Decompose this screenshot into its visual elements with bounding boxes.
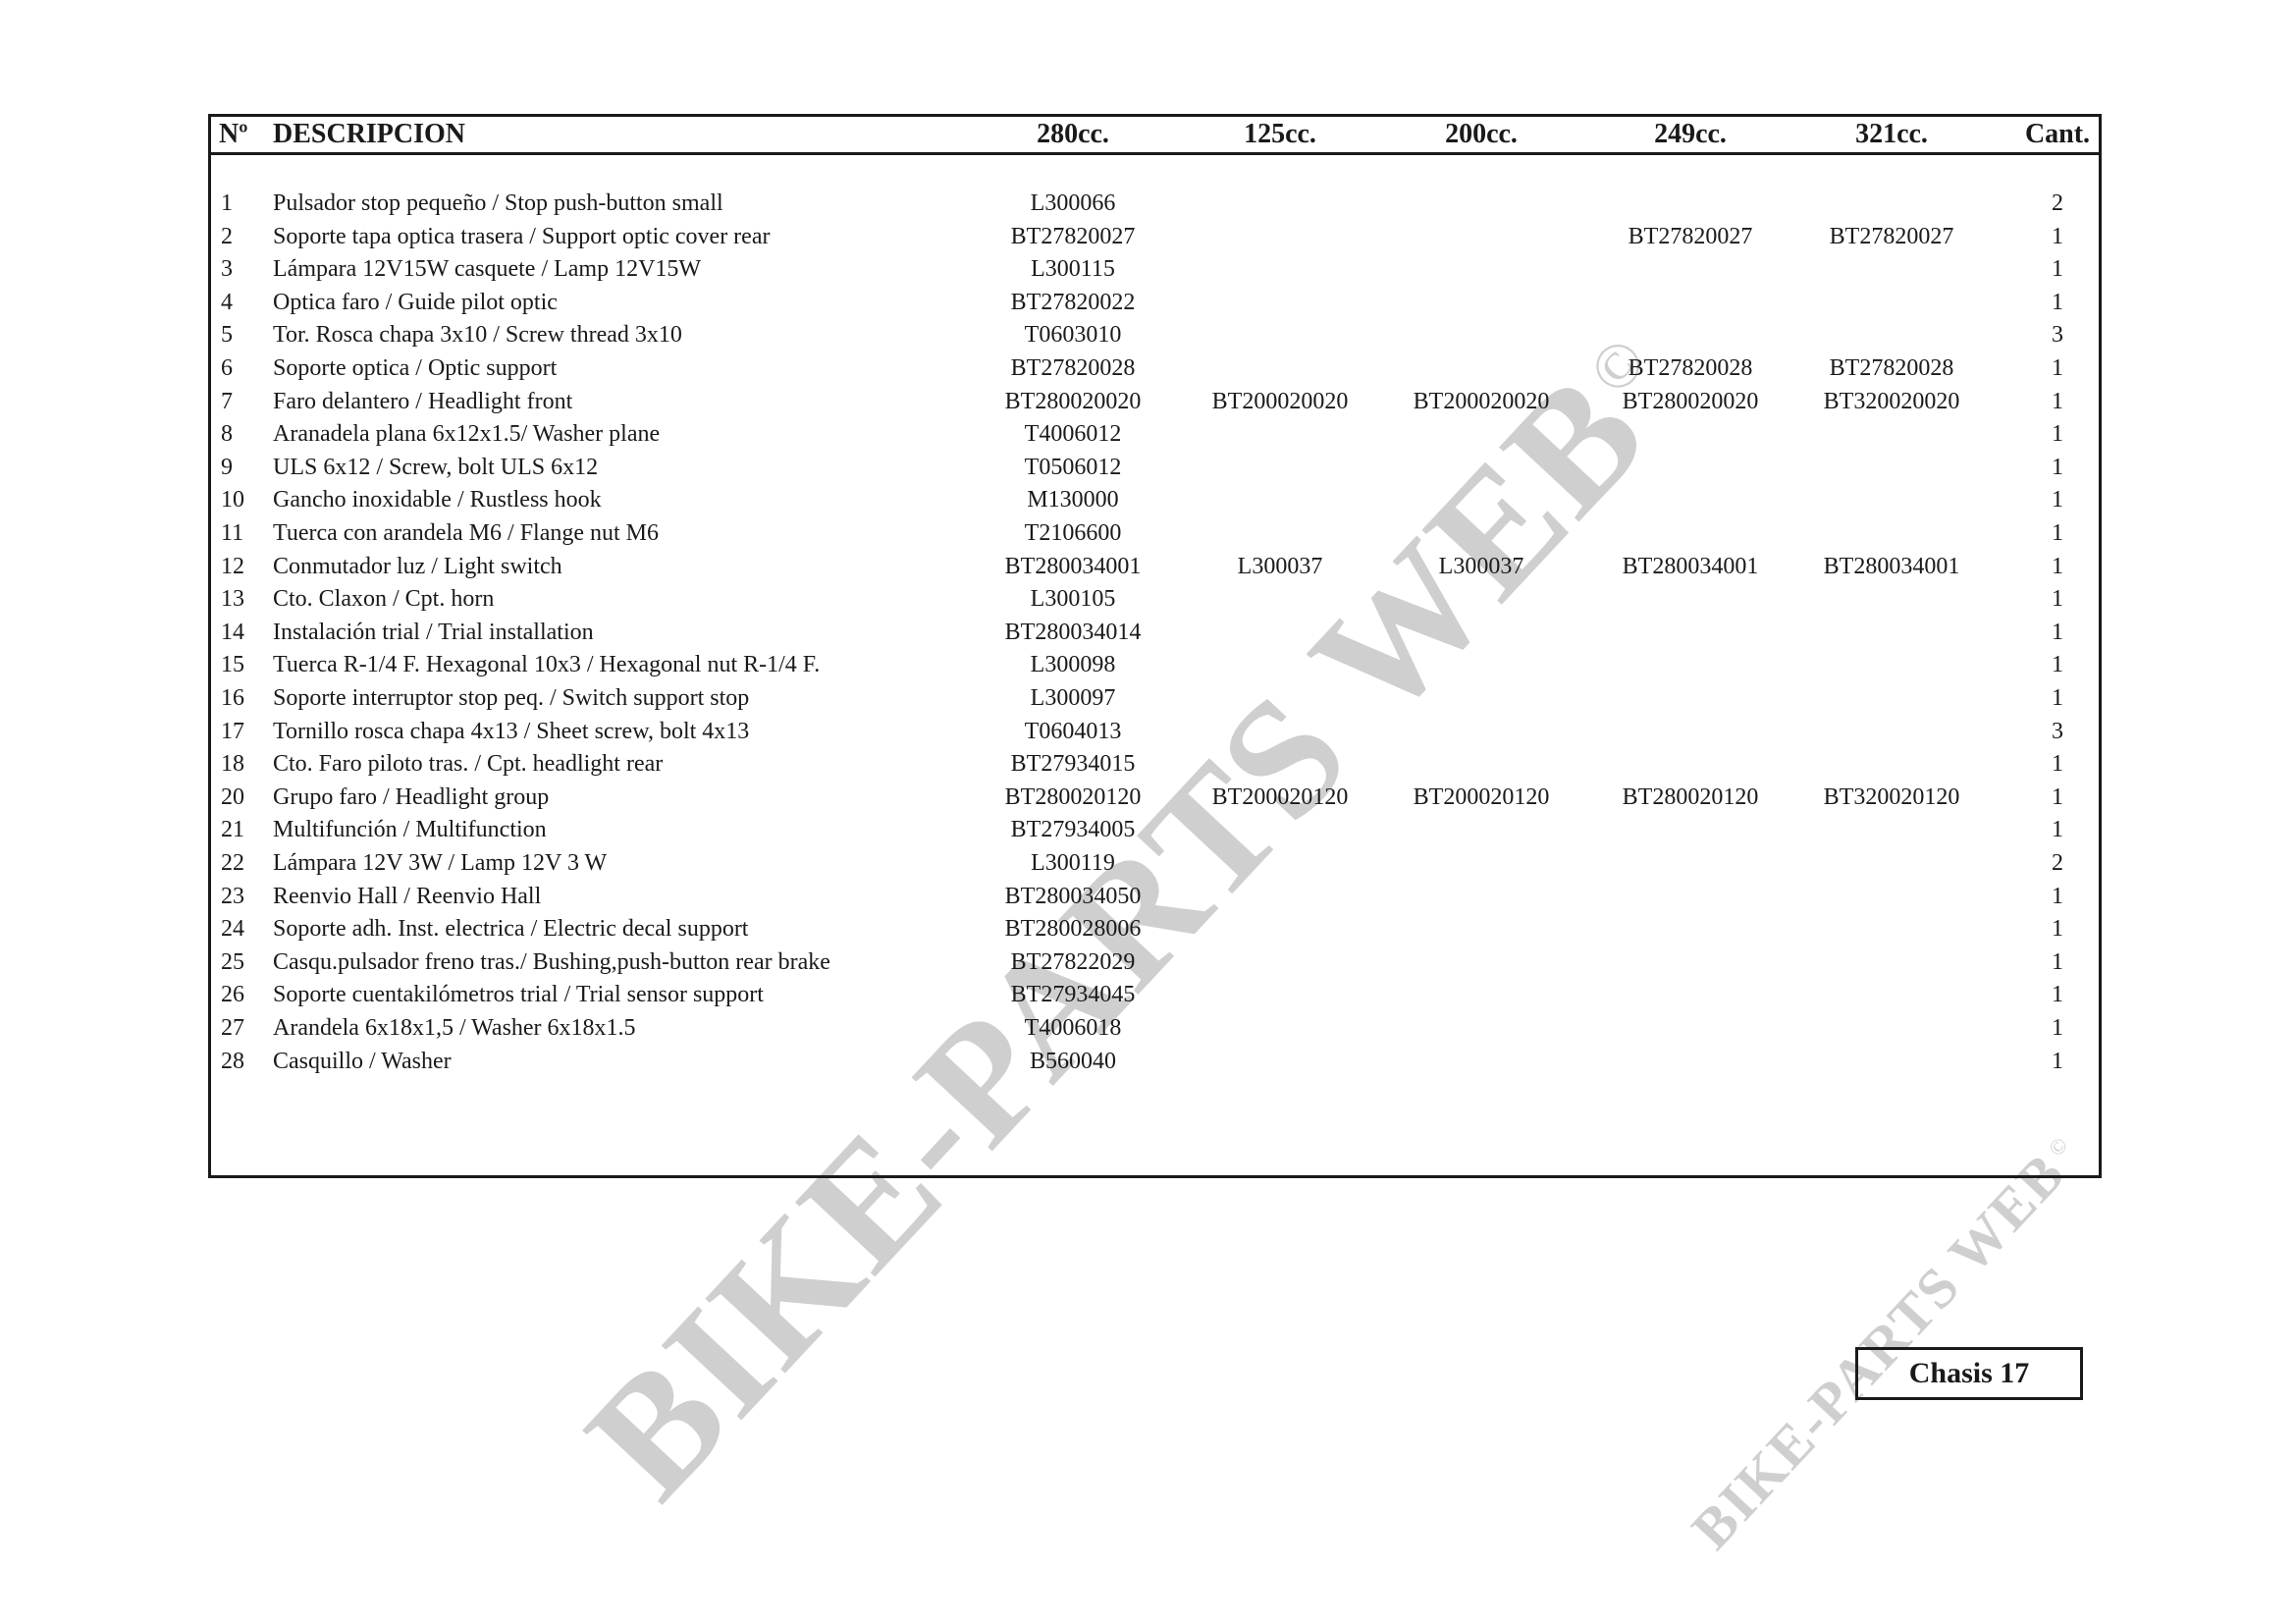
cell-cc280: BT27934005	[1011, 814, 1136, 847]
table-row: 5Tor. Rosca chapa 3x10 / Screw thread 3x…	[211, 319, 2099, 352]
cell-desc: Cto. Claxon / Cpt. horn	[273, 583, 494, 617]
cell-cc249: BT27820027	[1629, 221, 1753, 254]
cell-qty: 1	[2052, 517, 2063, 551]
table-row: 26Soporte cuentakilómetros trial / Trial…	[211, 979, 2099, 1012]
cell-desc: Cto. Faro piloto tras. / Cpt. headlight …	[273, 748, 663, 782]
cell-cc280: T0506012	[1025, 452, 1122, 485]
cell-cc280: BT280028006	[1005, 913, 1142, 946]
cell-num: 15	[221, 649, 260, 682]
cell-qty: 1	[2052, 418, 2063, 452]
cell-num: 21	[221, 814, 260, 847]
table-row: 1Pulsador stop pequeño / Stop push-butto…	[211, 188, 2099, 221]
cell-desc: Tuerca con arandela M6 / Flange nut M6	[273, 517, 659, 551]
table-row: 24Soporte adh. Inst. electrica / Electri…	[211, 913, 2099, 946]
cell-qty: 1	[2052, 484, 2063, 517]
cell-num: 9	[221, 452, 260, 485]
cell-cc125: BT200020020	[1212, 386, 1349, 419]
cell-num: 23	[221, 881, 260, 914]
cell-cc280: T2106600	[1025, 517, 1122, 551]
cell-qty: 1	[2052, 287, 2063, 320]
cell-desc: Soporte optica / Optic support	[273, 352, 557, 386]
cell-desc: ULS 6x12 / Screw, bolt ULS 6x12	[273, 452, 598, 485]
cell-desc: Tuerca R-1/4 F. Hexagonal 10x3 / Hexagon…	[273, 649, 820, 682]
cell-cc280: BT27820027	[1011, 221, 1136, 254]
header-249cc: 249cc.	[1654, 117, 1727, 152]
cell-cc249: BT280034001	[1623, 551, 1759, 584]
cell-num: 1	[221, 188, 260, 221]
cell-desc: Lámpara 12V15W casquete / Lamp 12V15W	[273, 253, 701, 287]
cell-qty: 1	[2052, 782, 2063, 815]
cell-desc: Soporte tapa optica trasera / Support op…	[273, 221, 770, 254]
table-row: 27Arandela 6x18x1,5 / Washer 6x18x1.5T40…	[211, 1012, 2099, 1046]
cell-qty: 1	[2052, 1046, 2063, 1079]
cell-cc280: L300097	[1031, 682, 1116, 716]
cell-qty: 1	[2052, 452, 2063, 485]
cell-cc249: BT27820028	[1629, 352, 1753, 386]
table-row: 6Soporte optica / Optic supportBT2782002…	[211, 352, 2099, 386]
cell-qty: 3	[2052, 716, 2063, 749]
watermark-secondary: BIKE-PARTS WEB©	[1679, 1122, 2095, 1562]
table-row: 22Lámpara 12V 3W / Lamp 12V 3 WL3001192	[211, 847, 2099, 881]
table-row: 13Cto. Claxon / Cpt. hornL3001051	[211, 583, 2099, 617]
cell-qty: 1	[2052, 583, 2063, 617]
cell-desc: Conmutador luz / Light switch	[273, 551, 562, 584]
cell-desc: Soporte cuentakilómetros trial / Trial s…	[273, 979, 764, 1012]
cell-cc321: BT320020020	[1824, 386, 1960, 419]
cell-cc280: L300115	[1031, 253, 1115, 287]
cell-cc125: L300037	[1238, 551, 1323, 584]
cell-num: 26	[221, 979, 260, 1012]
header-description: DESCRIPCION	[273, 117, 465, 152]
cell-cc321: BT27820027	[1830, 221, 1954, 254]
cell-desc: Faro delantero / Headlight front	[273, 386, 572, 419]
cell-desc: Gancho inoxidable / Rustless hook	[273, 484, 602, 517]
cell-num: 17	[221, 716, 260, 749]
cell-desc: Reenvio Hall / Reenvio Hall	[273, 881, 541, 914]
cell-cc280: BT280020020	[1005, 386, 1142, 419]
cell-qty: 1	[2052, 617, 2063, 650]
cell-cc280: BT27934015	[1011, 748, 1136, 782]
header-num: Nº	[219, 117, 247, 152]
cell-cc280: L300066	[1031, 188, 1116, 221]
cell-cc280: T4006012	[1025, 418, 1122, 452]
cell-cc280: BT27934045	[1011, 979, 1136, 1012]
header-qty: Cant.	[2025, 117, 2090, 152]
cell-cc249: BT280020120	[1623, 782, 1759, 815]
table-row: 28Casquillo / WasherB5600401	[211, 1046, 2099, 1079]
cell-num: 11	[221, 517, 260, 551]
cell-cc321: BT280034001	[1824, 551, 1960, 584]
cell-desc: Optica faro / Guide pilot optic	[273, 287, 558, 320]
table-row: 11Tuerca con arandela M6 / Flange nut M6…	[211, 517, 2099, 551]
cell-num: 27	[221, 1012, 260, 1046]
cell-desc: Tornillo rosca chapa 4x13 / Sheet screw,…	[273, 716, 749, 749]
cell-qty: 3	[2052, 319, 2063, 352]
table-row: 4Optica faro / Guide pilot opticBT278200…	[211, 287, 2099, 320]
cell-num: 2	[221, 221, 260, 254]
cell-qty: 1	[2052, 881, 2063, 914]
cell-num: 4	[221, 287, 260, 320]
cell-qty: 2	[2052, 847, 2063, 881]
cell-desc: Casquillo / Washer	[273, 1046, 452, 1079]
cell-cc125: BT200020120	[1212, 782, 1349, 815]
parts-table: Nº DESCRIPCION 280cc. 125cc. 200cc. 249c…	[208, 114, 2102, 1178]
table-row: 15Tuerca R-1/4 F. Hexagonal 10x3 / Hexag…	[211, 649, 2099, 682]
cell-cc280: T0603010	[1025, 319, 1122, 352]
cell-cc280: L300105	[1031, 583, 1116, 617]
table-row: 2Soporte tapa optica trasera / Support o…	[211, 221, 2099, 254]
cell-cc200: BT200020120	[1414, 782, 1550, 815]
cell-cc321: BT27820028	[1830, 352, 1954, 386]
cell-num: 14	[221, 617, 260, 650]
cell-qty: 1	[2052, 913, 2063, 946]
cell-desc: Instalación trial / Trial installation	[273, 617, 594, 650]
cell-cc280: BT27822029	[1011, 946, 1136, 980]
cell-cc280: L300098	[1031, 649, 1116, 682]
cell-num: 6	[221, 352, 260, 386]
cell-desc: Soporte interruptor stop peq. / Switch s…	[273, 682, 749, 716]
header-321cc: 321cc.	[1855, 117, 1928, 152]
table-row: 25Casqu.pulsador freno tras./ Bushing,pu…	[211, 946, 2099, 980]
cell-num: 7	[221, 386, 260, 419]
cell-qty: 1	[2052, 814, 2063, 847]
table-row: 8Aranadela plana 6x12x1.5/ Washer planeT…	[211, 418, 2099, 452]
cell-cc200: L300037	[1439, 551, 1524, 584]
cell-desc: Grupo faro / Headlight group	[273, 782, 549, 815]
cell-qty: 1	[2052, 748, 2063, 782]
cell-desc: Casqu.pulsador freno tras./ Bushing,push…	[273, 946, 830, 980]
table-row: 12Conmutador luz / Light switchBT2800340…	[211, 551, 2099, 584]
cell-cc280: M130000	[1027, 484, 1118, 517]
cell-num: 10	[221, 484, 260, 517]
header-125cc: 125cc.	[1244, 117, 1316, 152]
cell-qty: 1	[2052, 551, 2063, 584]
cell-cc280: BT27820022	[1011, 287, 1136, 320]
cell-qty: 1	[2052, 946, 2063, 980]
header-280cc: 280cc.	[1037, 117, 1109, 152]
cell-cc249: BT280020020	[1623, 386, 1759, 419]
table-row: 17Tornillo rosca chapa 4x13 / Sheet scre…	[211, 716, 2099, 749]
cell-num: 25	[221, 946, 260, 980]
table-row: 3Lámpara 12V15W casquete / Lamp 12V15WL3…	[211, 253, 2099, 287]
cell-qty: 2	[2052, 188, 2063, 221]
cell-qty: 1	[2052, 253, 2063, 287]
cell-desc: Multifunción / Multifunction	[273, 814, 547, 847]
cell-num: 3	[221, 253, 260, 287]
table-row: 7Faro delantero / Headlight frontBT28002…	[211, 386, 2099, 419]
cell-desc: Pulsador stop pequeño / Stop push-button…	[273, 188, 723, 221]
cell-num: 5	[221, 319, 260, 352]
table-row: 18Cto. Faro piloto tras. / Cpt. headligh…	[211, 748, 2099, 782]
cell-desc: Lámpara 12V 3W / Lamp 12V 3 W	[273, 847, 607, 881]
cell-cc280: BT280020120	[1005, 782, 1142, 815]
cell-cc280: B560040	[1030, 1046, 1116, 1079]
table-row: 20Grupo faro / Headlight groupBT28002012…	[211, 782, 2099, 815]
cell-desc: Aranadela plana 6x12x1.5/ Washer plane	[273, 418, 660, 452]
cell-qty: 1	[2052, 221, 2063, 254]
cell-num: 22	[221, 847, 260, 881]
table-row: 23Reenvio Hall / Reenvio HallBT280034050…	[211, 881, 2099, 914]
cell-num: 18	[221, 748, 260, 782]
cell-num: 12	[221, 551, 260, 584]
table-row: 21Multifunción / MultifunctionBT27934005…	[211, 814, 2099, 847]
page-label: Chasis 17	[1855, 1347, 2083, 1400]
cell-cc280: BT280034050	[1005, 881, 1142, 914]
cell-qty: 1	[2052, 682, 2063, 716]
cell-cc280: BT27820028	[1011, 352, 1136, 386]
table-row: 10Gancho inoxidable / Rustless hookM1300…	[211, 484, 2099, 517]
cell-qty: 1	[2052, 1012, 2063, 1046]
cell-qty: 1	[2052, 979, 2063, 1012]
header-200cc: 200cc.	[1445, 117, 1518, 152]
table-row: 16Soporte interruptor stop peq. / Switch…	[211, 682, 2099, 716]
cell-num: 13	[221, 583, 260, 617]
cell-cc321: BT320020120	[1824, 782, 1960, 815]
cell-num: 16	[221, 682, 260, 716]
cell-cc280: T0604013	[1025, 716, 1122, 749]
table-row: 14Instalación trial / Trial installation…	[211, 617, 2099, 650]
cell-desc: Tor. Rosca chapa 3x10 / Screw thread 3x1…	[273, 319, 682, 352]
cell-qty: 1	[2052, 386, 2063, 419]
cell-num: 8	[221, 418, 260, 452]
cell-cc280: L300119	[1031, 847, 1115, 881]
cell-num: 20	[221, 782, 260, 815]
cell-desc: Arandela 6x18x1,5 / Washer 6x18x1.5	[273, 1012, 636, 1046]
cell-cc280: BT280034001	[1005, 551, 1142, 584]
cell-qty: 1	[2052, 649, 2063, 682]
table-header: Nº DESCRIPCION 280cc. 125cc. 200cc. 249c…	[211, 117, 2099, 155]
cell-cc200: BT200020020	[1414, 386, 1550, 419]
cell-qty: 1	[2052, 352, 2063, 386]
cell-desc: Soporte adh. Inst. electrica / Electric …	[273, 913, 748, 946]
cell-num: 28	[221, 1046, 260, 1079]
cell-num: 24	[221, 913, 260, 946]
cell-cc280: T4006018	[1025, 1012, 1122, 1046]
cell-cc280: BT280034014	[1005, 617, 1142, 650]
table-row: 9ULS 6x12 / Screw, bolt ULS 6x12T0506012…	[211, 452, 2099, 485]
